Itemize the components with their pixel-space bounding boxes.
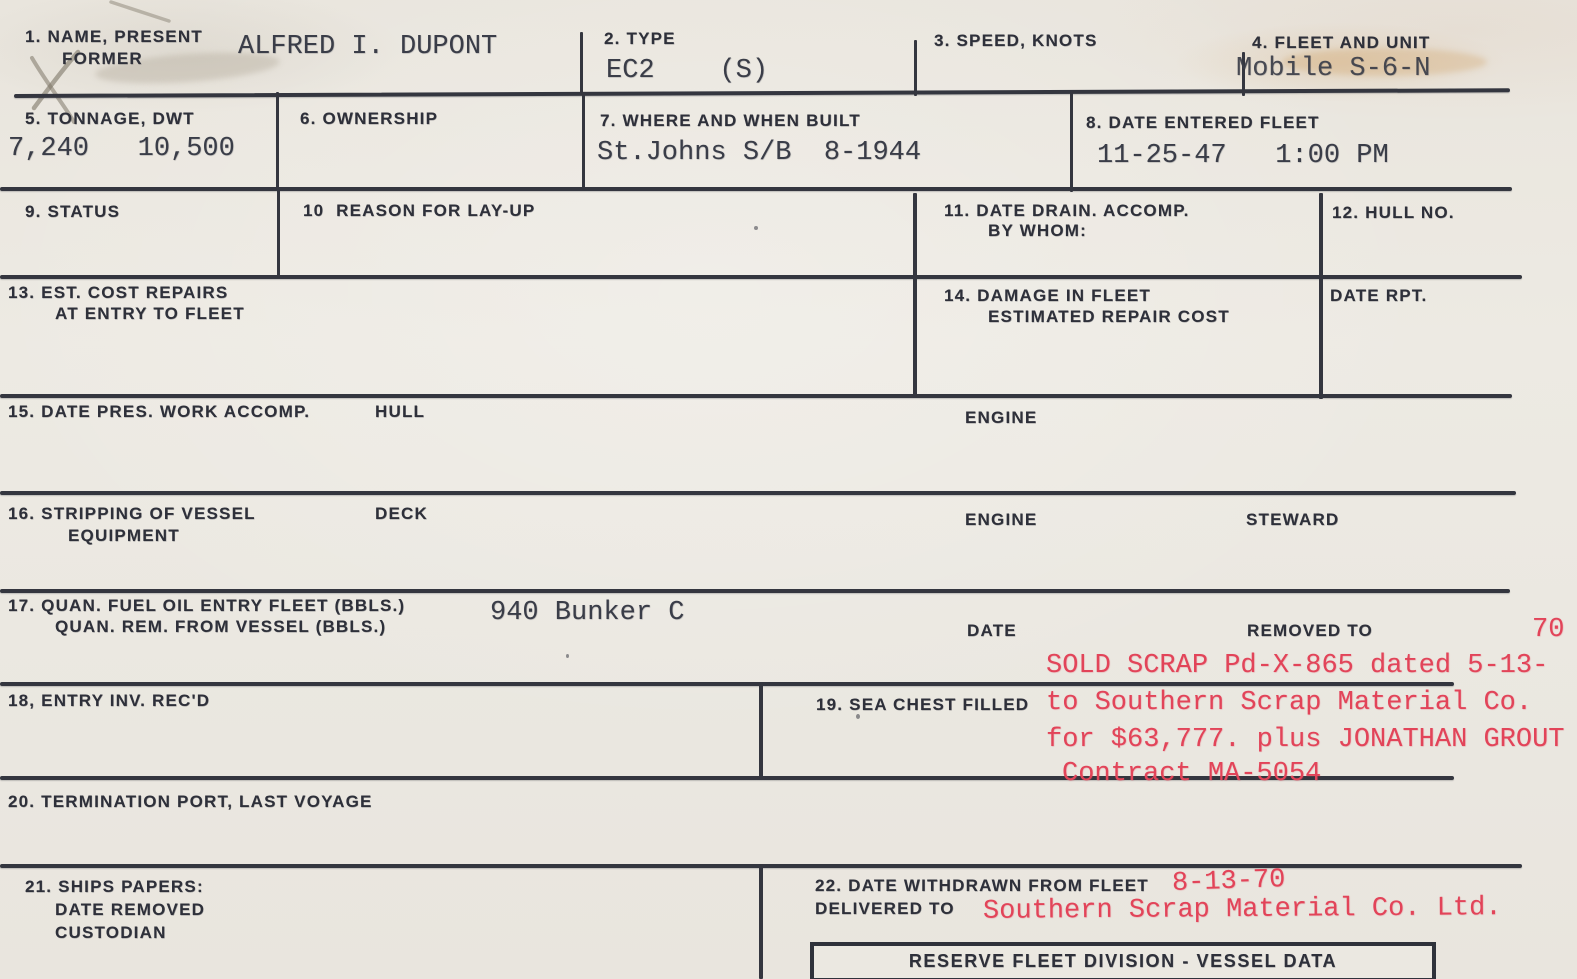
field-19-label: 19. SEA CHEST FILLED: [816, 696, 1029, 713]
field-22-date-value: 8-13-70: [1172, 867, 1286, 898]
field-12-label: 12. HULL NO.: [1332, 204, 1455, 221]
scrap-stamp-year: 70: [1532, 617, 1564, 644]
field-16-steward-label: STEWARD: [1246, 511, 1339, 528]
footer-title: RESERVE FLEET DIVISION - VESSEL DATA: [814, 946, 1432, 972]
rule-horizontal: [0, 682, 1454, 686]
footer-box: RESERVE FLEET DIVISION - VESSEL DATA: [810, 942, 1436, 979]
rule-vertical: [914, 40, 917, 96]
vessel-data-card: 1. NAME, PRESENT FORMER ALFRED I. DUPONT…: [0, 0, 1577, 979]
rule-horizontal: [0, 491, 1516, 495]
field-7-value: St.Johns S/B 8-1944: [597, 140, 921, 167]
scrap-stamp-line3: for $63,777. plus JONATHAN GROUT: [1046, 727, 1564, 754]
scrap-stamp-line4: Contract MA-5054: [1062, 761, 1321, 788]
field-17-label: 17. QUAN. FUEL OIL ENTRY FLEET (BBLS.): [8, 597, 405, 614]
field-15-hull-label: HULL: [375, 403, 425, 420]
field-21-label-line2: DATE REMOVED: [55, 901, 205, 918]
rule-horizontal: [0, 275, 1522, 279]
pencil-stroke: [105, 0, 180, 26]
rule-vertical: [1070, 92, 1073, 192]
field-13-label: 13. EST. COST REPAIRS: [8, 284, 228, 301]
rule-horizontal: [0, 187, 1512, 191]
field-17-date-label: DATE: [967, 622, 1017, 639]
scrap-stamp-line1: SOLD SCRAP Pd-X-865 dated 5-13-: [1046, 653, 1548, 680]
field-16-label-line2: EQUIPMENT: [68, 527, 180, 544]
rule-vertical: [276, 92, 279, 189]
field-11-label-line2: BY WHOM:: [988, 222, 1087, 239]
ink-speck: [566, 654, 569, 658]
field-5-value: 7,240 10,500: [8, 136, 235, 163]
field-14-date-rpt-label: DATE RPT.: [1330, 287, 1427, 304]
field-22-delivered-value: Southern Scrap Material Co. Ltd.: [983, 895, 1502, 926]
rule-vertical: [759, 864, 763, 979]
rule-horizontal: [0, 589, 1510, 593]
field-20-label: 20. TERMINATION PORT, LAST VOYAGE: [8, 793, 373, 810]
field-15-engine-label: ENGINE: [965, 409, 1037, 426]
field-21-label-line3: CUSTODIAN: [55, 924, 167, 941]
field-17-label-line2: QUAN. REM. FROM VESSEL (BBLS.): [55, 618, 386, 635]
field-22-delivered-label: DELIVERED TO: [815, 900, 955, 917]
ink-speck: [754, 226, 758, 230]
field-2-value: EC2 (S): [606, 58, 768, 85]
field-1-label: 1. NAME, PRESENT: [25, 28, 203, 45]
field-16-engine-label: ENGINE: [965, 511, 1037, 528]
field-21-label: 21. SHIPS PAPERS:: [25, 878, 204, 895]
field-1-value: ALFRED I. DUPONT: [238, 34, 497, 61]
field-1-label-line2: FORMER: [62, 50, 143, 67]
rule-horizontal: [14, 88, 1510, 98]
field-16-label: 16. STRIPPING OF VESSEL: [8, 505, 256, 522]
field-8-value: 11-25-47 1:00 PM: [1097, 143, 1389, 170]
field-14-label-line2: ESTIMATED REPAIR COST: [988, 308, 1230, 325]
field-17-value: 940 Bunker C: [490, 600, 684, 627]
field-7-label: 7. WHERE AND WHEN BUILT: [600, 112, 861, 129]
field-17-removed-to-label: REMOVED TO: [1247, 622, 1373, 639]
field-22-label: 22. DATE WITHDRAWN FROM FLEET: [815, 877, 1149, 894]
field-18-label: 18, ENTRY INV. REC'D: [8, 692, 210, 709]
ink-speck: [856, 714, 860, 719]
field-15-label: 15. DATE PRES. WORK ACCOMP.: [8, 403, 310, 420]
rule-vertical: [582, 92, 585, 189]
scrap-stamp-line2: to Southern Scrap Material Co.: [1046, 690, 1532, 717]
field-4-label: 4. FLEET AND UNIT: [1252, 34, 1430, 51]
rule-vertical: [913, 193, 917, 396]
field-6-label: 6. OWNERSHIP: [300, 110, 438, 127]
rule-vertical: [759, 682, 763, 778]
field-4-value: Mobile S-6-N: [1236, 56, 1430, 83]
field-9-label: 9. STATUS: [25, 203, 120, 220]
rule-vertical: [580, 32, 583, 95]
field-13-label-line2: AT ENTRY TO FLEET: [55, 305, 245, 322]
rule-vertical: [1319, 193, 1323, 399]
field-16-deck-label: DECK: [375, 505, 428, 522]
field-14-label: 14. DAMAGE IN FLEET: [944, 287, 1151, 304]
field-11-label: 11. DATE DRAIN. ACCOMP.: [944, 202, 1190, 219]
field-2-label: 2. TYPE: [604, 30, 676, 47]
rule-horizontal: [0, 394, 1512, 398]
field-5-label: 5. TONNAGE, DWT: [25, 110, 195, 127]
rule-vertical: [277, 189, 280, 277]
field-10-label: 10 REASON FOR LAY-UP: [303, 202, 535, 219]
field-8-label: 8. DATE ENTERED FLEET: [1086, 114, 1320, 131]
field-3-label: 3. SPEED, KNOTS: [934, 32, 1097, 49]
